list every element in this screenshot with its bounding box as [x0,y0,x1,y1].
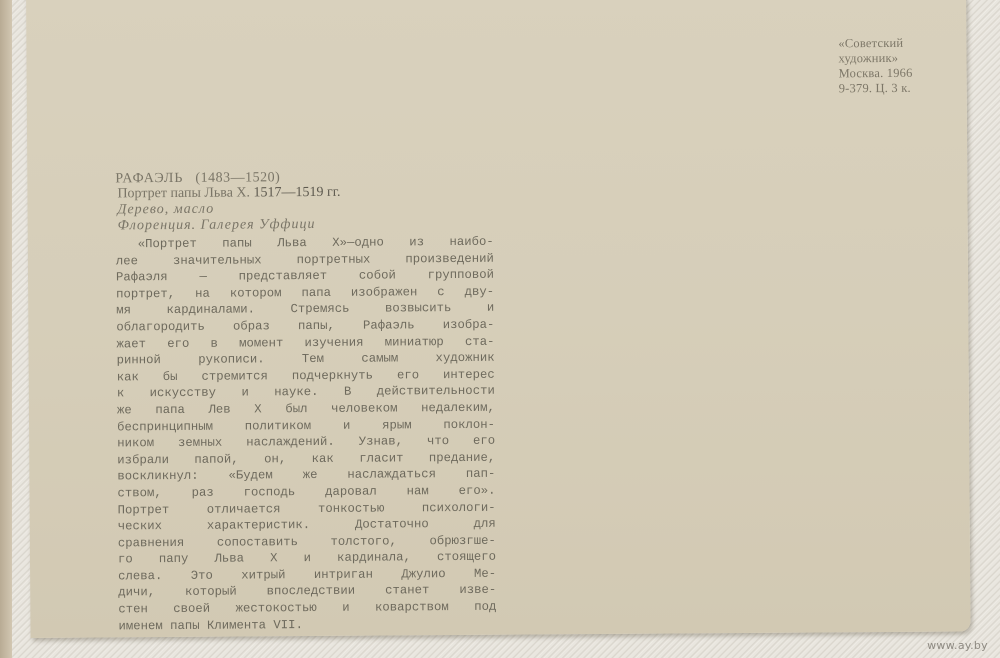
description-text: «Портрет папы Льва X»—одно из наибо- лее… [116,234,497,635]
text-line: именем папы Климента VII. [118,615,496,634]
watermark: www.ay.by [927,639,988,652]
publisher-line: 9-379. Ц. 3 к. [839,81,913,97]
text-line: же папа Лев X был человеком недалеким, [117,400,495,419]
background-edge [0,0,12,658]
text-line: стен своей жестокостью и коварством под [118,599,496,618]
artist-years: (1483—1520) [195,170,280,186]
artwork-header: РАФАЭЛЬ (1483—1520) Портрет папы Льва X.… [115,170,340,235]
artwork-medium: Дерево, масло [115,201,340,219]
text-line: облагородить образ папы, Рафаэль изобра- [116,317,494,336]
artist-name: РАФАЭЛЬ [115,171,183,186]
artwork-title: Портрет папы Льва X. [117,185,250,201]
text-line: «Портрет папы Льва X»—одно из наибо- [116,234,494,253]
artwork-title-line: Портрет папы Льва X. 1517—1519 гг. [115,185,340,203]
artist-line: РАФАЭЛЬ (1483—1520) [115,170,340,187]
text-line: ством, раз господь даровал нам его». [117,483,495,502]
publisher-line: «Советский [838,36,912,52]
publisher-imprint: «Советский художник» Москва. 1966 9-379.… [838,36,912,97]
artwork-date: 1517—1519 гг. [253,185,340,201]
publisher-line: художник» [838,51,912,67]
postcard-back: «Советский художник» Москва. 1966 9-379.… [26,0,971,638]
artwork-location: Флоренция. Галерея Уффици [116,217,341,235]
publisher-line: Москва. 1966 [839,66,913,82]
